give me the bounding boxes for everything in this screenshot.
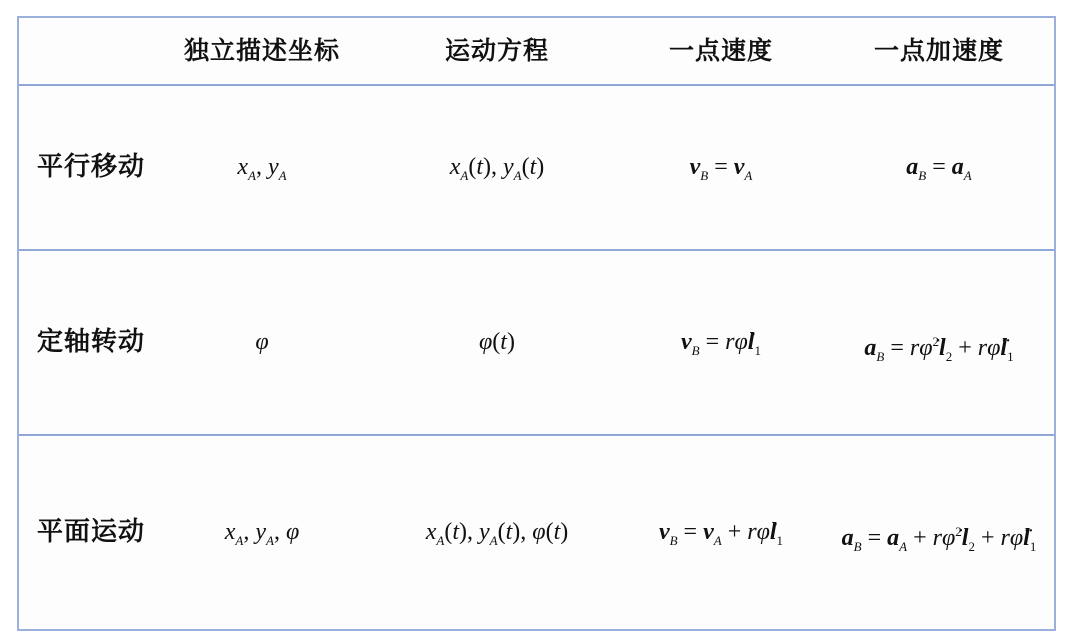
table-row: 定轴转动 φ φ(t) vB = rφ̇l1 aB = rφ̇2l2 + rφ̈… bbox=[19, 249, 1054, 436]
cell-equations: φ(t) bbox=[479, 328, 515, 356]
cell-acceleration: aB = aA + rφ̇2l2 + rφ̈l1 bbox=[842, 518, 1037, 561]
cell-equations: xA(t), yA(t), φ(t) bbox=[426, 518, 569, 555]
header-velocity: 一点速度 bbox=[669, 37, 773, 65]
cell-acceleration: aB = rφ̇2l2 + rφ̈l1 bbox=[864, 328, 1013, 371]
cell-velocity: vB = vA bbox=[690, 153, 753, 190]
kinematics-table: 独立描述坐标 运动方程 一点速度 一点加速度 平行移动 xA, yA xA(t)… bbox=[17, 16, 1056, 631]
cell-coordinates: xA, yA, φ bbox=[225, 518, 300, 555]
cell-velocity: vB = vA + rφ̇l1 bbox=[659, 518, 783, 555]
cell-velocity: vB = rφ̇l1 bbox=[681, 328, 761, 365]
header-acceleration: 一点加速度 bbox=[874, 37, 1004, 65]
cell-coordinates: xA, yA bbox=[237, 153, 286, 190]
row-label-translation: 平行移动 bbox=[37, 152, 145, 182]
header-equations: 运动方程 bbox=[445, 37, 549, 65]
table-row: 平面运动 xA, yA, φ xA(t), yA(t), φ(t) vB = v… bbox=[19, 434, 1054, 629]
table-row: 平行移动 xA, yA xA(t), yA(t) vB = vA aB = aA bbox=[19, 84, 1054, 251]
table-header-row: 独立描述坐标 运动方程 一点速度 一点加速度 bbox=[19, 18, 1054, 86]
row-label-rotation: 定轴转动 bbox=[37, 327, 145, 357]
cell-equations: xA(t), yA(t) bbox=[450, 153, 545, 190]
row-label-planar: 平面运动 bbox=[37, 517, 145, 547]
cell-coordinates: φ bbox=[255, 328, 268, 356]
cell-acceleration: aB = aA bbox=[906, 153, 971, 190]
header-coordinates: 独立描述坐标 bbox=[184, 37, 340, 65]
